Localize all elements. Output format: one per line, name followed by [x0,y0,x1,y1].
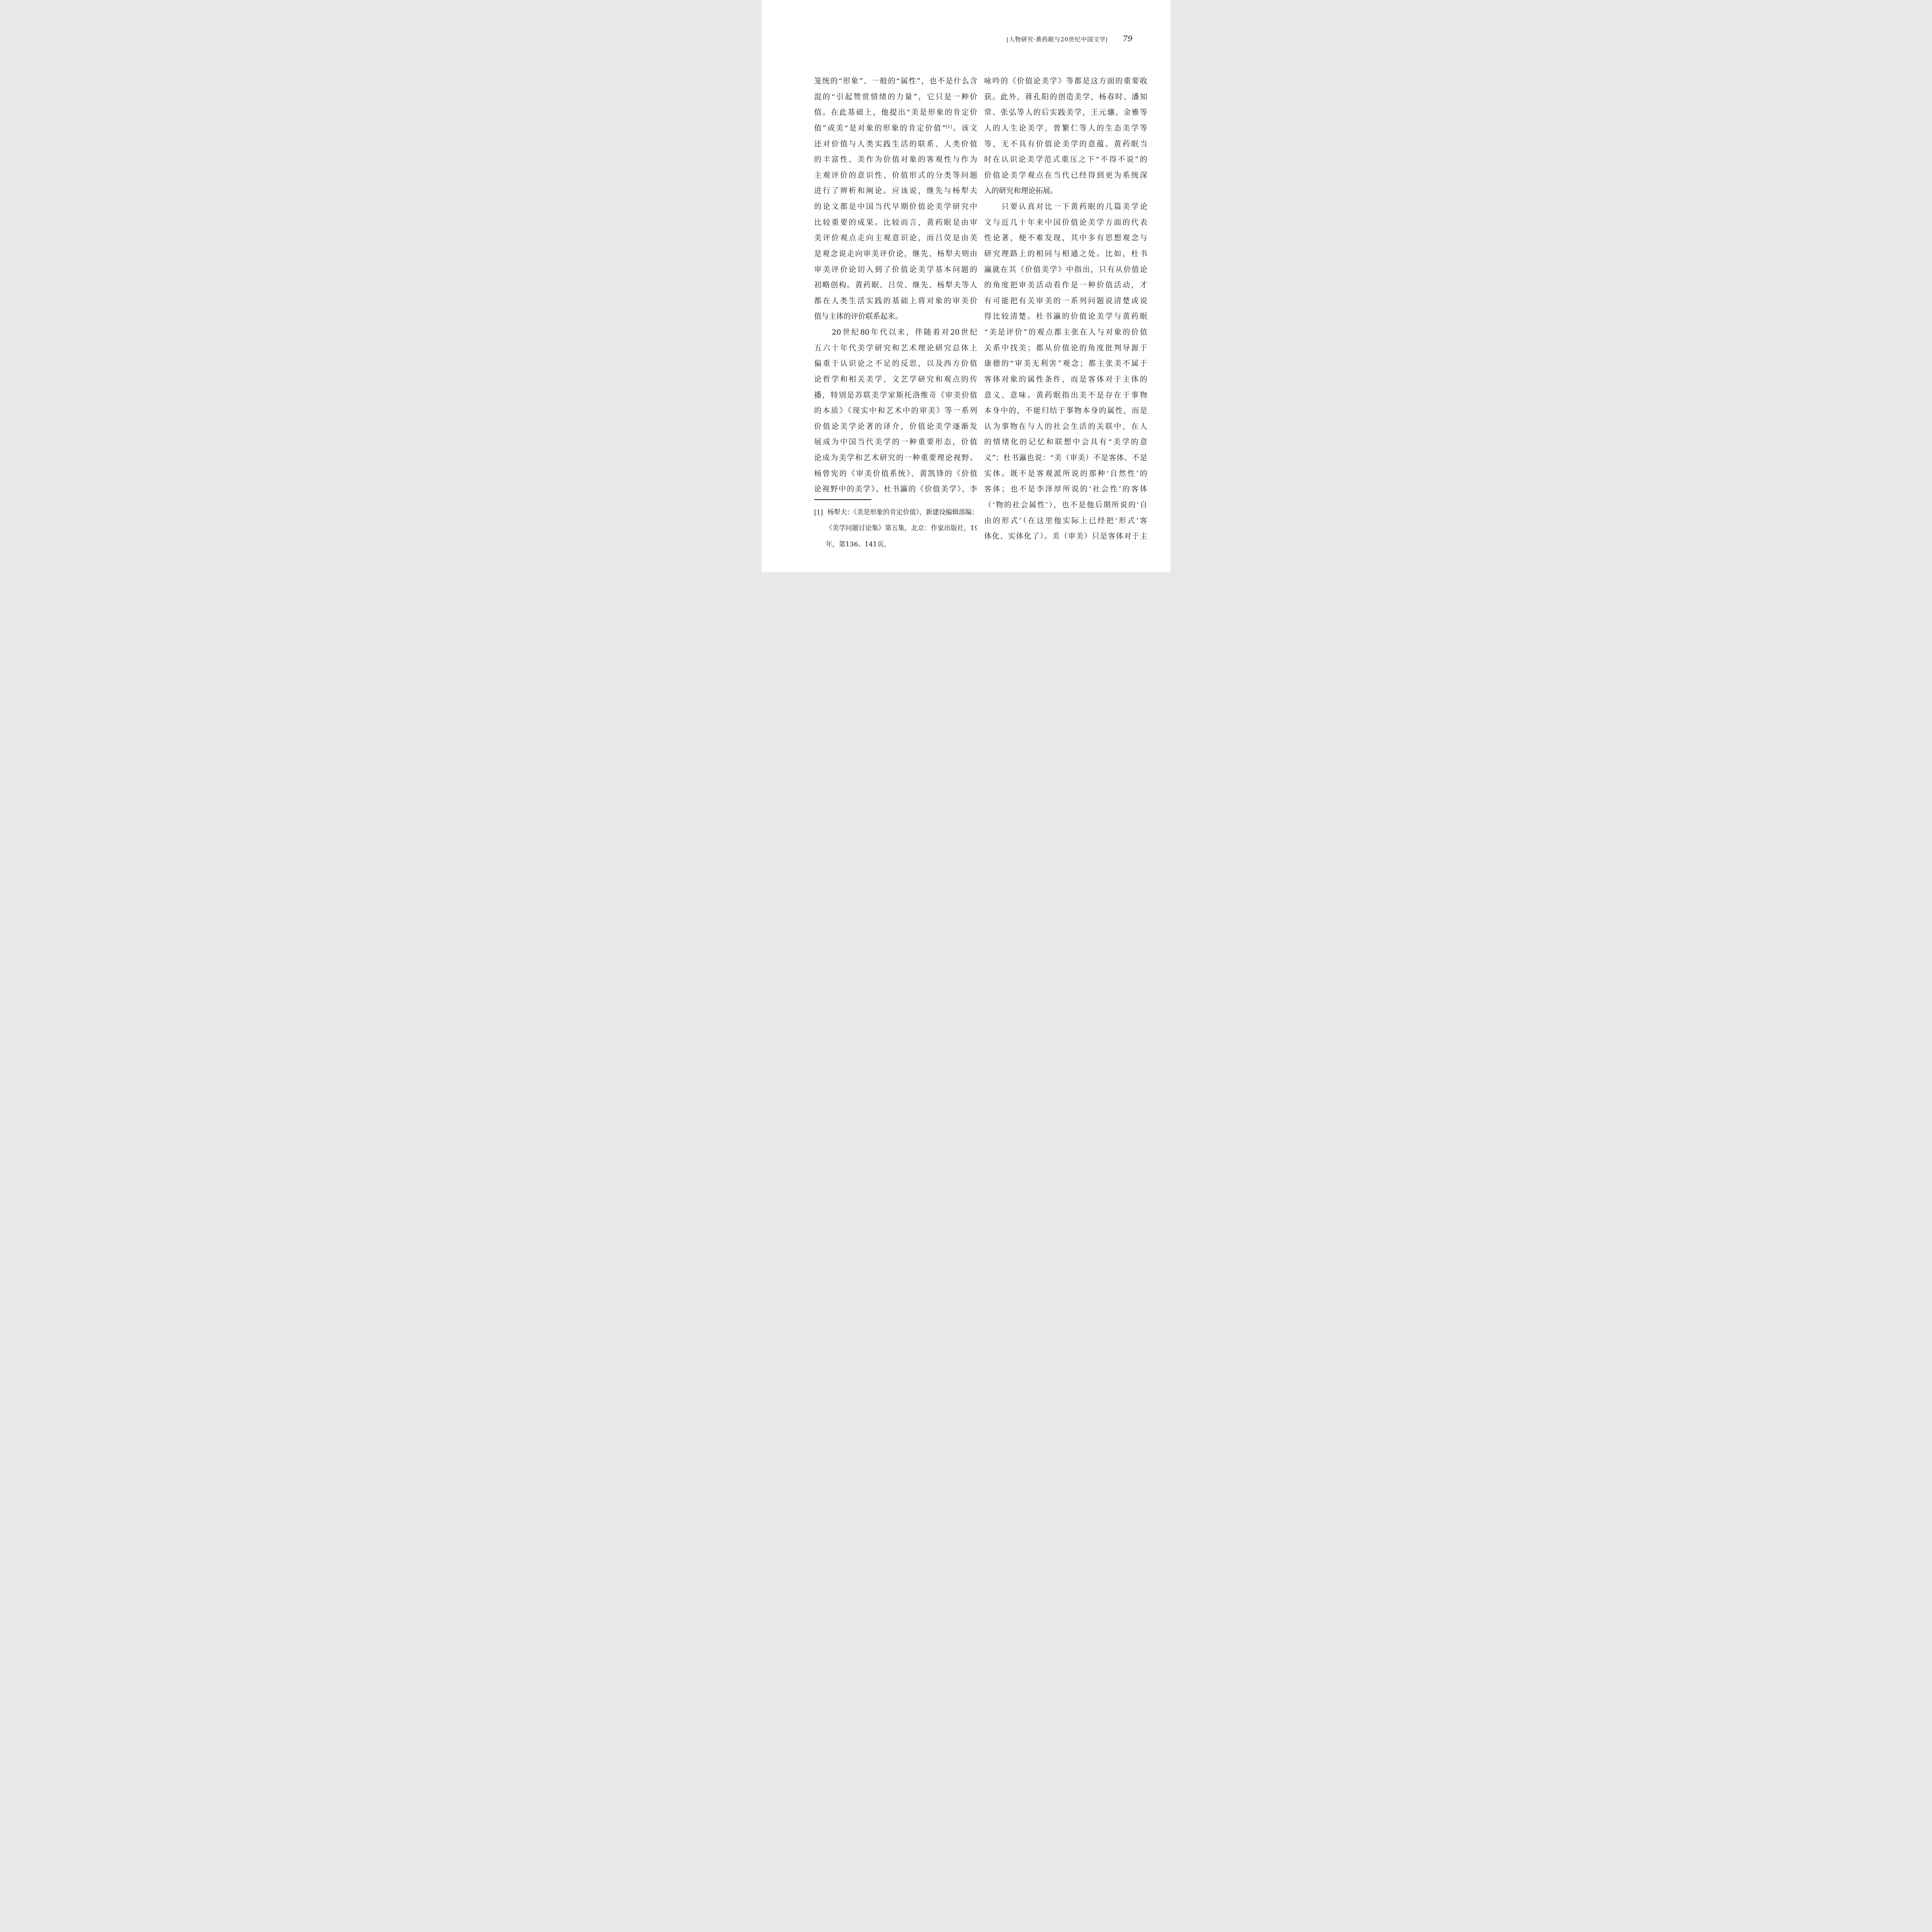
text-column-right: 咏吟的《价值论美学》等都是这方面的重要收获。此外，蒋孔阳的创造美学，杨春时、潘知… [984,73,1147,544]
text-line: 主观评价的意识性、价值形式的分类等问题 [814,168,977,184]
text-line: 体化、实体化了）。美（审美）只是客体对于主 [984,529,1147,544]
text-line: 的本质》《现实中和艺术中的审美》等一系列 [814,403,977,419]
text-line: 的论文都是中国当代早期价值论美学研究中 [814,199,977,215]
footnote: [1] 杨犁夫：《美是形象的肯定价值》，新建设编辑部编：《美学问题讨论集》第五集… [814,505,977,553]
text-line: 杨曾宪的《审美价值系统》、黄凯锋的《价值 [814,466,977,482]
text-line: 值”或美“是对象的形象的肯定价值”[1]。该文 [814,121,977,136]
text-line: 关系中找美；都从价值论的角度批判导源于 [984,340,1147,356]
text-line: 论成为美学和艺术研究的一种重要理论视野。 [814,450,977,466]
text-line: 瀛就在其《价值美学》中指出，只有从价值论 [984,262,1147,278]
text-line: 的角度把审美活动看作是一种价值活动，才 [984,277,1147,293]
text-line: 时在认识论美学范式重压之下“不得不说”的 [984,152,1147,168]
text-line: 的丰富性、美作为价值对象的客观性与作为 [814,152,977,168]
text-line: 20世纪80年代以来，伴随着对20世纪 [814,325,977,340]
text-line: 值。在此基础上，他提出“美是形象的肯定价 [814,105,977,121]
running-head: |人物研究·黄药眠与20世纪中国文学| 79 [814,34,1147,43]
text-line: 意义、意味。黄药眠指出美不是存在于事物 [984,388,1147,403]
footnote-lines: 杨犁夫：《美是形象的肯定价值》，新建设编辑部编：《美学问题讨论集》第五集，北京：… [814,505,977,553]
text-line: 研究理路上的相同与相通之处。比如，杜书 [984,246,1147,262]
text-line: 进行了辨析和阐论。应该说，继先与杨犁夫 [814,183,977,199]
text-line: 只要认真对比一下黄药眠的几篇美学论 [984,199,1147,215]
text-line: 价值论美学观点在当代已经得到更为系统深 [984,168,1147,184]
text-line: 本身中的，不能归结于事物本身的属性，而是 [984,403,1147,419]
text-line: 值与主体的评价联系起来。 [814,309,977,325]
footnote-line: 杨犁夫：《美是形象的肯定价值》，新建设编辑部编： [814,505,977,520]
text-line: 文与近几十年来中国价值论美学方面的代表 [984,215,1147,231]
text-line: 客体；也不是李泽厚所说的‘社会性’的客体 [984,481,1147,497]
footnote-line: 年，第136、141页。 [814,537,977,553]
text-line: 的情绪化的记忆和联想中会具有“美学的意 [984,434,1147,450]
text-line: 论哲学和相关美学、文艺学研究和观点的传 [814,372,977,388]
text-line: 美评价观点走向主观意识论，而吕荧是由美 [814,230,977,246]
text-line: 义”；杜书瀛也说：“美（审美）不是客体、不是 [984,450,1147,466]
text-line: 混的“引起赞赏情绪的力量”，它只是一种价 [814,89,977,105]
text-column-left: 笼统的“形象”、一般的“属性”，也不是什么含混的“引起赞赏情绪的力量”，它只是一… [814,73,977,497]
text-line: 都在人类生活实践的基础上将对象的审美价 [814,293,977,309]
running-head-title: |人物研究·黄药眠与20世纪中国文学| [1007,35,1108,43]
text-line: 人的人生论美学，曾繁仁等人的生态美学等 [984,121,1147,136]
text-line: 展成为中国当代美学的一种重要形态，价值 [814,434,977,450]
text-line: “美是评价”的观点都主张在人与对象的价值 [984,325,1147,340]
text-line: 审美评价论切入到了价值论美学基本问题的 [814,262,977,278]
text-line: 常、张弘等人的后实践美学，王元骧、金雅等 [984,105,1147,121]
footnote-ref: [1] [946,124,952,129]
text-line: 康德的“审美无利害”观念；都主张美不属于 [984,356,1147,372]
text-line: 比较重要的成果。比较而言，黄药眠是由审 [814,215,977,231]
text-line: 由的形式’（在这里他实际上已经把‘形式’客 [984,513,1147,529]
text-line: 获。此外，蒋孔阳的创造美学，杨春时、潘知 [984,89,1147,105]
footnote-marker: [1] [814,505,823,520]
text-line: （‘物的社会属性’），也不是他后期所说的‘自 [984,497,1147,513]
text-line: 五六十年代美学研究和艺术理论研究总体上 [814,340,977,356]
text-line: 笼统的“形象”、一般的“属性”，也不是什么含 [814,73,977,89]
text-line: 论视野中的美学》、杜书瀛的《价值美学》、李 [814,481,977,497]
footnote-line: 《美学问题讨论集》第五集，北京：作家出版社，1962 [814,520,977,536]
page-number: 79 [1123,34,1133,43]
text-line: 入的研究和理论拓展。 [984,183,1147,199]
text-line: 客体对象的属性条件，而是客体对于主体的 [984,372,1147,388]
text-line: 得比较清楚。杜书瀛的价值论美学与黄药眠 [984,309,1147,325]
text-line: 等，无不具有价值论美学的意蕴。黄药眠当 [984,136,1147,152]
footnote-divider [814,499,871,500]
document-page: |人物研究·黄药眠与20世纪中国文学| 79 笼统的“形象”、一般的“属性”，也… [762,0,1170,572]
text-line: 还对价值与人类实践生活的联系、人类价值 [814,136,977,152]
text-line: 价值论美学论著的译介，价值论美学逐渐发 [814,419,977,435]
text-line: 实体。既不是客观派所说的那种‘自然性’的 [984,466,1147,482]
text-line: 认为事物在与人的社会生活的关联中，在人 [984,419,1147,435]
text-line: 播，特别是苏联美学家斯托洛维奇《审美价值 [814,388,977,403]
text-line: 是观念说走向审美评价论，继先、杨犁夫则由 [814,246,977,262]
text-line: 性论著，便不难发现，其中多有思想观念与 [984,230,1147,246]
text-line: 偏重于认识论之不足的反思，以及西方价值 [814,356,977,372]
text-line: 初略创构。黄药眠、吕荧、继先、杨犁夫等人 [814,277,977,293]
text-line: 咏吟的《价值论美学》等都是这方面的重要收 [984,73,1147,89]
text-line: 有可能把有关审美的一系列问题说清楚或说 [984,293,1147,309]
